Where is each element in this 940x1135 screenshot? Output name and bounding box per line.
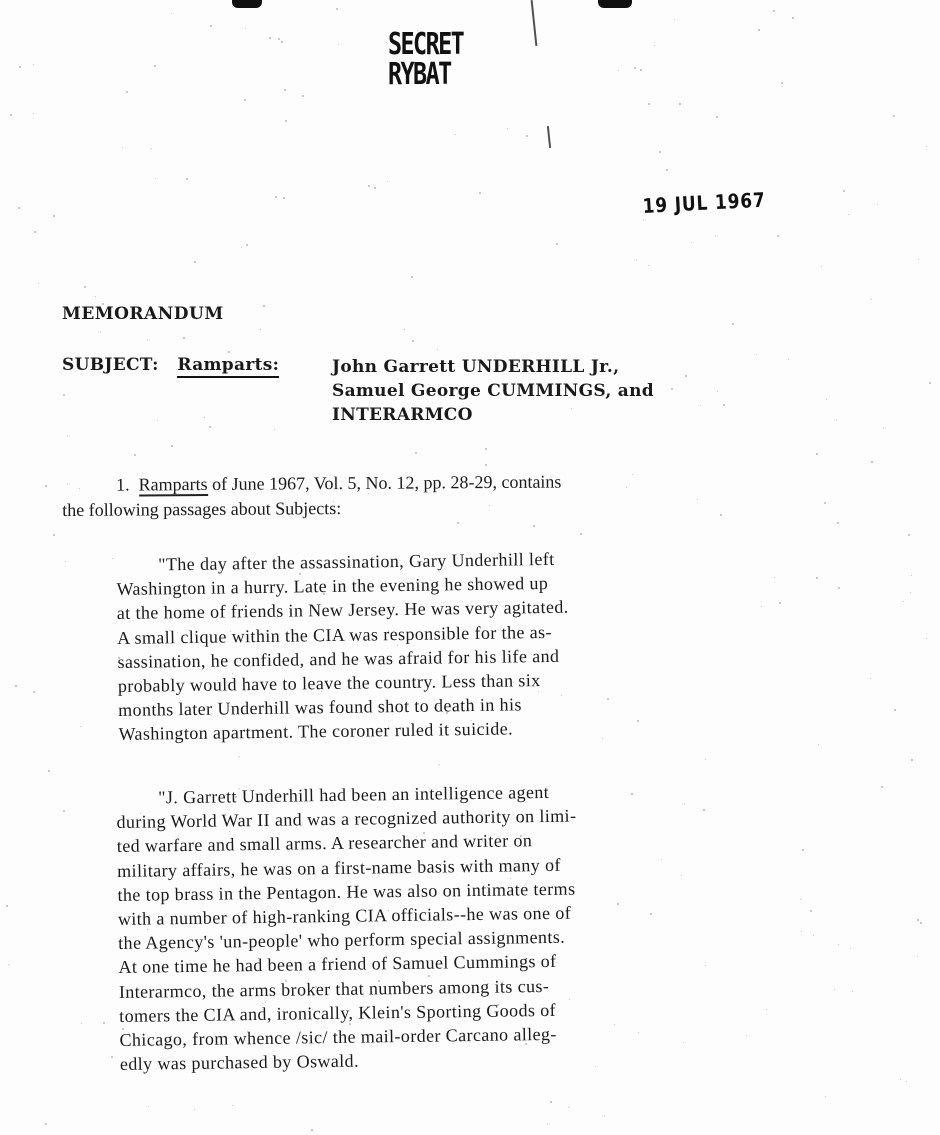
scan-speckle — [715, 235, 716, 236]
scan-speckle — [33, 64, 34, 65]
scan-speckle — [239, 756, 240, 757]
scan-speckle — [457, 522, 459, 524]
scan-speckle — [210, 25, 212, 27]
scan-speckle — [241, 247, 242, 248]
scan-speckle — [63, 810, 65, 812]
scan-speckle — [666, 169, 668, 171]
paragraph-number: 1. — [116, 475, 130, 495]
scan-speckle — [850, 948, 851, 949]
scan-speckle — [911, 759, 913, 761]
classification-line: RYBAT — [388, 60, 463, 90]
scan-speckle — [648, 103, 650, 105]
scan-speckle — [871, 461, 873, 463]
scan-speckle — [816, 577, 818, 579]
scan-speckle — [194, 1109, 195, 1110]
scan-speckle — [870, 678, 871, 679]
scan-speckle — [103, 1022, 105, 1024]
scan-speckle — [439, 764, 440, 765]
scan-speckle — [643, 219, 644, 220]
scan-speckle — [151, 148, 152, 149]
quote-line: edly was purchased by Oswald. — [120, 1046, 580, 1077]
scan-speckle — [415, 452, 417, 454]
scan-speckle — [245, 28, 246, 29]
scan-speckle — [705, 759, 706, 760]
scan-speckle — [684, 803, 685, 804]
scan-speckle — [526, 135, 528, 137]
scan-speckle — [260, 329, 261, 330]
scan-speckle — [368, 185, 370, 187]
scan-speckle — [837, 522, 839, 524]
scan-speckle — [871, 299, 872, 300]
scan-speckle — [53, 534, 55, 536]
subject-label-group: SUBJECT: Ramparts: — [62, 355, 279, 375]
scan-speckle — [825, 1096, 826, 1097]
scan-speckle — [910, 592, 911, 593]
scan-speckle — [818, 744, 819, 745]
scan-speckle — [802, 849, 804, 851]
scan-speckle — [756, 354, 757, 355]
scan-speckle — [547, 1124, 548, 1125]
scan-speckle — [63, 394, 65, 396]
scan-speckle — [900, 1079, 901, 1080]
scan-artifact-blot — [598, 0, 632, 8]
scan-speckle — [507, 128, 508, 129]
memo-heading: MEMORANDUM — [62, 304, 224, 324]
scan-speckle — [836, 420, 837, 421]
scan-speckle — [311, 1129, 313, 1131]
scan-speckle — [926, 146, 927, 147]
scan-speckle — [648, 265, 649, 266]
scan-speckle — [717, 391, 718, 392]
scan-speckle — [617, 903, 619, 905]
scan-speckle — [281, 41, 283, 43]
scan-speckle — [111, 1056, 113, 1058]
quote-2: "J. Garrett Underhill had been an intell… — [116, 780, 580, 1077]
scan-speckle — [777, 235, 779, 237]
scan-speckle — [636, 260, 637, 261]
scan-speckle — [580, 533, 582, 535]
scan-speckle — [154, 65, 156, 67]
scan-speckle — [278, 38, 280, 40]
scan-speckle — [703, 809, 705, 811]
scan-speckle — [437, 349, 438, 350]
scan-speckle — [782, 86, 783, 87]
memo-page: SECRET RYBAT 19 JUL 1967 MEMORANDUM SUBJ… — [0, 0, 940, 1135]
scan-speckle — [792, 17, 794, 19]
scan-speckle — [6, 905, 8, 907]
subject-line: INTERARMCO — [332, 403, 654, 427]
scan-speckle — [758, 29, 760, 31]
scan-speckle — [838, 944, 839, 945]
scan-speckle — [903, 601, 904, 602]
scan-speckle — [556, 243, 558, 245]
scan-speckle — [766, 1009, 767, 1010]
scan-speckle — [19, 66, 21, 68]
scan-speckle — [204, 417, 205, 418]
scan-speckle — [671, 388, 673, 390]
subject-lines: John Garrett UNDERHILL Jr., Samuel Georg… — [332, 355, 654, 427]
scan-speckle — [100, 332, 101, 333]
scan-speckle — [618, 70, 619, 71]
scan-speckle — [33, 691, 35, 693]
scan-speckle — [674, 19, 675, 20]
scan-speckle — [908, 534, 910, 536]
scan-speckle — [834, 989, 835, 990]
scan-speckle — [404, 329, 405, 330]
scan-speckle — [848, 214, 849, 215]
scan-speckle — [926, 638, 927, 639]
scan-speckle — [917, 919, 919, 921]
scan-speckle — [917, 956, 918, 957]
scan-speckle — [659, 151, 661, 153]
scan-speckle — [45, 485, 47, 487]
quote-line: Washington apartment. The coroner ruled … — [118, 716, 570, 747]
scan-speckle — [788, 359, 789, 360]
scan-speckle — [640, 69, 642, 71]
scan-speckle — [155, 178, 156, 179]
scan-speckle — [411, 276, 413, 278]
scan-speckle — [821, 266, 822, 267]
scan-speckle — [126, 91, 128, 93]
date-stamp: 19 JUL 1967 — [642, 188, 766, 218]
scan-speckle — [843, 190, 845, 192]
scan-speckle — [67, 435, 68, 436]
scan-artifact-scratch — [547, 126, 551, 148]
scan-speckle — [918, 259, 919, 260]
scan-speckle — [595, 1066, 596, 1067]
scan-speckle — [679, 103, 681, 105]
scan-speckle — [838, 587, 840, 589]
scan-speckle — [65, 561, 66, 562]
scan-speckle — [412, 340, 414, 342]
paragraph-line: the following passages about Subjects: — [62, 492, 852, 523]
scan-speckle — [774, 577, 775, 578]
scan-speckle — [18, 207, 20, 209]
scan-speckle — [186, 178, 188, 180]
scan-speckle — [877, 204, 878, 205]
scan-speckle — [246, 244, 248, 246]
scan-speckle — [631, 793, 633, 795]
scan-speckle — [336, 8, 338, 10]
scan-speckle — [8, 964, 9, 965]
scan-speckle — [602, 738, 603, 739]
scan-speckle — [302, 95, 304, 97]
scan-speckle — [338, 44, 339, 45]
scan-speckle — [285, 120, 287, 122]
scan-speckle — [485, 464, 487, 466]
scan-speckle — [685, 375, 687, 377]
paragraph-text: of June 1967, Vol. 5, No. 12, pp. 28-29,… — [208, 472, 562, 494]
scan-speckle — [705, 965, 706, 966]
scan-speckle — [45, 1123, 47, 1125]
quote-1: "The day after the assassination, Gary U… — [116, 547, 570, 747]
scan-speckle — [387, 181, 388, 182]
subject-line: Samuel George CUMMINGS, and — [332, 379, 654, 403]
scan-speckle — [634, 67, 636, 69]
scan-speckle — [773, 10, 775, 12]
scan-speckle — [232, 1105, 233, 1106]
scan-speckle — [810, 910, 812, 912]
scan-speckle — [147, 339, 148, 340]
scan-speckle — [263, 305, 265, 307]
scan-speckle — [53, 215, 55, 217]
scan-speckle — [568, 1107, 569, 1108]
scan-speckle — [661, 859, 662, 860]
paragraph-1: 1. Ramparts of June 1967, Vol. 5, No. 12… — [62, 467, 852, 523]
scan-speckle — [269, 37, 271, 39]
scan-speckle — [34, 231, 36, 233]
scan-speckle — [929, 382, 931, 384]
scan-speckle — [112, 558, 113, 559]
scan-speckle — [274, 429, 275, 430]
scan-speckle — [81, 1023, 82, 1024]
scan-speckle — [700, 405, 701, 406]
subject-label: SUBJECT: — [62, 355, 159, 375]
scan-speckle — [134, 454, 136, 456]
scan-speckle — [906, 1081, 907, 1082]
scan-speckle — [779, 602, 781, 604]
scan-speckle — [781, 82, 783, 84]
scan-speckle — [638, 1032, 639, 1033]
scan-speckle — [813, 935, 814, 936]
scan-speckle — [479, 192, 481, 194]
scan-speckle — [716, 116, 718, 118]
scan-speckle — [275, 196, 277, 198]
scan-speckle — [816, 453, 818, 455]
scan-speckle — [800, 899, 801, 900]
scan-speckle — [157, 420, 158, 421]
paragraph-publication: Ramparts — [139, 474, 208, 496]
scan-speckle — [607, 698, 609, 700]
scan-speckle — [244, 99, 246, 101]
scan-speckle — [284, 89, 286, 91]
subject-publication: Ramparts: — [177, 355, 279, 378]
scan-speckle — [826, 399, 827, 400]
scan-speckle — [852, 991, 853, 992]
scan-speckle — [33, 113, 34, 114]
scan-speckle — [10, 114, 12, 116]
scan-artifact-scratch — [531, 0, 538, 46]
scan-speckle — [485, 448, 487, 450]
scan-speckle — [171, 445, 173, 447]
scan-speckle — [883, 428, 884, 429]
scan-speckle — [194, 261, 196, 263]
scan-speckle — [732, 323, 734, 325]
scan-speckle — [84, 286, 86, 288]
scan-speckle — [550, 1101, 552, 1103]
scan-speckle — [374, 187, 376, 189]
scan-speckle — [604, 1115, 605, 1116]
scan-speckle — [209, 426, 211, 428]
scan-speckle — [801, 931, 802, 932]
scan-speckle — [893, 115, 895, 117]
scan-speckle — [48, 770, 50, 772]
scan-speckle — [122, 147, 123, 148]
scan-speckle — [681, 875, 682, 876]
scan-speckle — [650, 913, 652, 915]
scan-speckle — [637, 720, 639, 722]
scan-speckle — [15, 685, 17, 687]
scan-speckle — [761, 606, 762, 607]
subject-line: John Garrett UNDERHILL Jr., — [332, 355, 654, 379]
scan-speckle — [80, 726, 81, 727]
scan-speckle — [683, 1042, 684, 1043]
scan-speckle — [881, 786, 883, 788]
classification-stamp: SECRET RYBAT — [388, 30, 463, 90]
scan-speckle — [723, 404, 725, 406]
scan-speckle — [894, 709, 896, 711]
scan-speckle — [654, 45, 655, 46]
scan-artifact-blot — [232, 0, 262, 8]
scan-speckle — [148, 1106, 149, 1107]
classification-line: SECRET — [388, 30, 463, 60]
scan-speckle — [691, 242, 692, 243]
scan-speckle — [614, 1024, 615, 1025]
scan-speckle — [911, 575, 912, 576]
scan-speckle — [920, 922, 922, 924]
scan-speckle — [533, 525, 535, 527]
scan-speckle — [228, 351, 230, 353]
scan-speckle — [95, 296, 96, 297]
scan-speckle — [746, 1035, 747, 1036]
scan-speckle — [38, 283, 39, 284]
scan-speckle — [171, 13, 172, 14]
scan-speckle — [283, 197, 285, 199]
scan-speckle — [183, 337, 185, 339]
scan-speckle — [455, 134, 456, 135]
